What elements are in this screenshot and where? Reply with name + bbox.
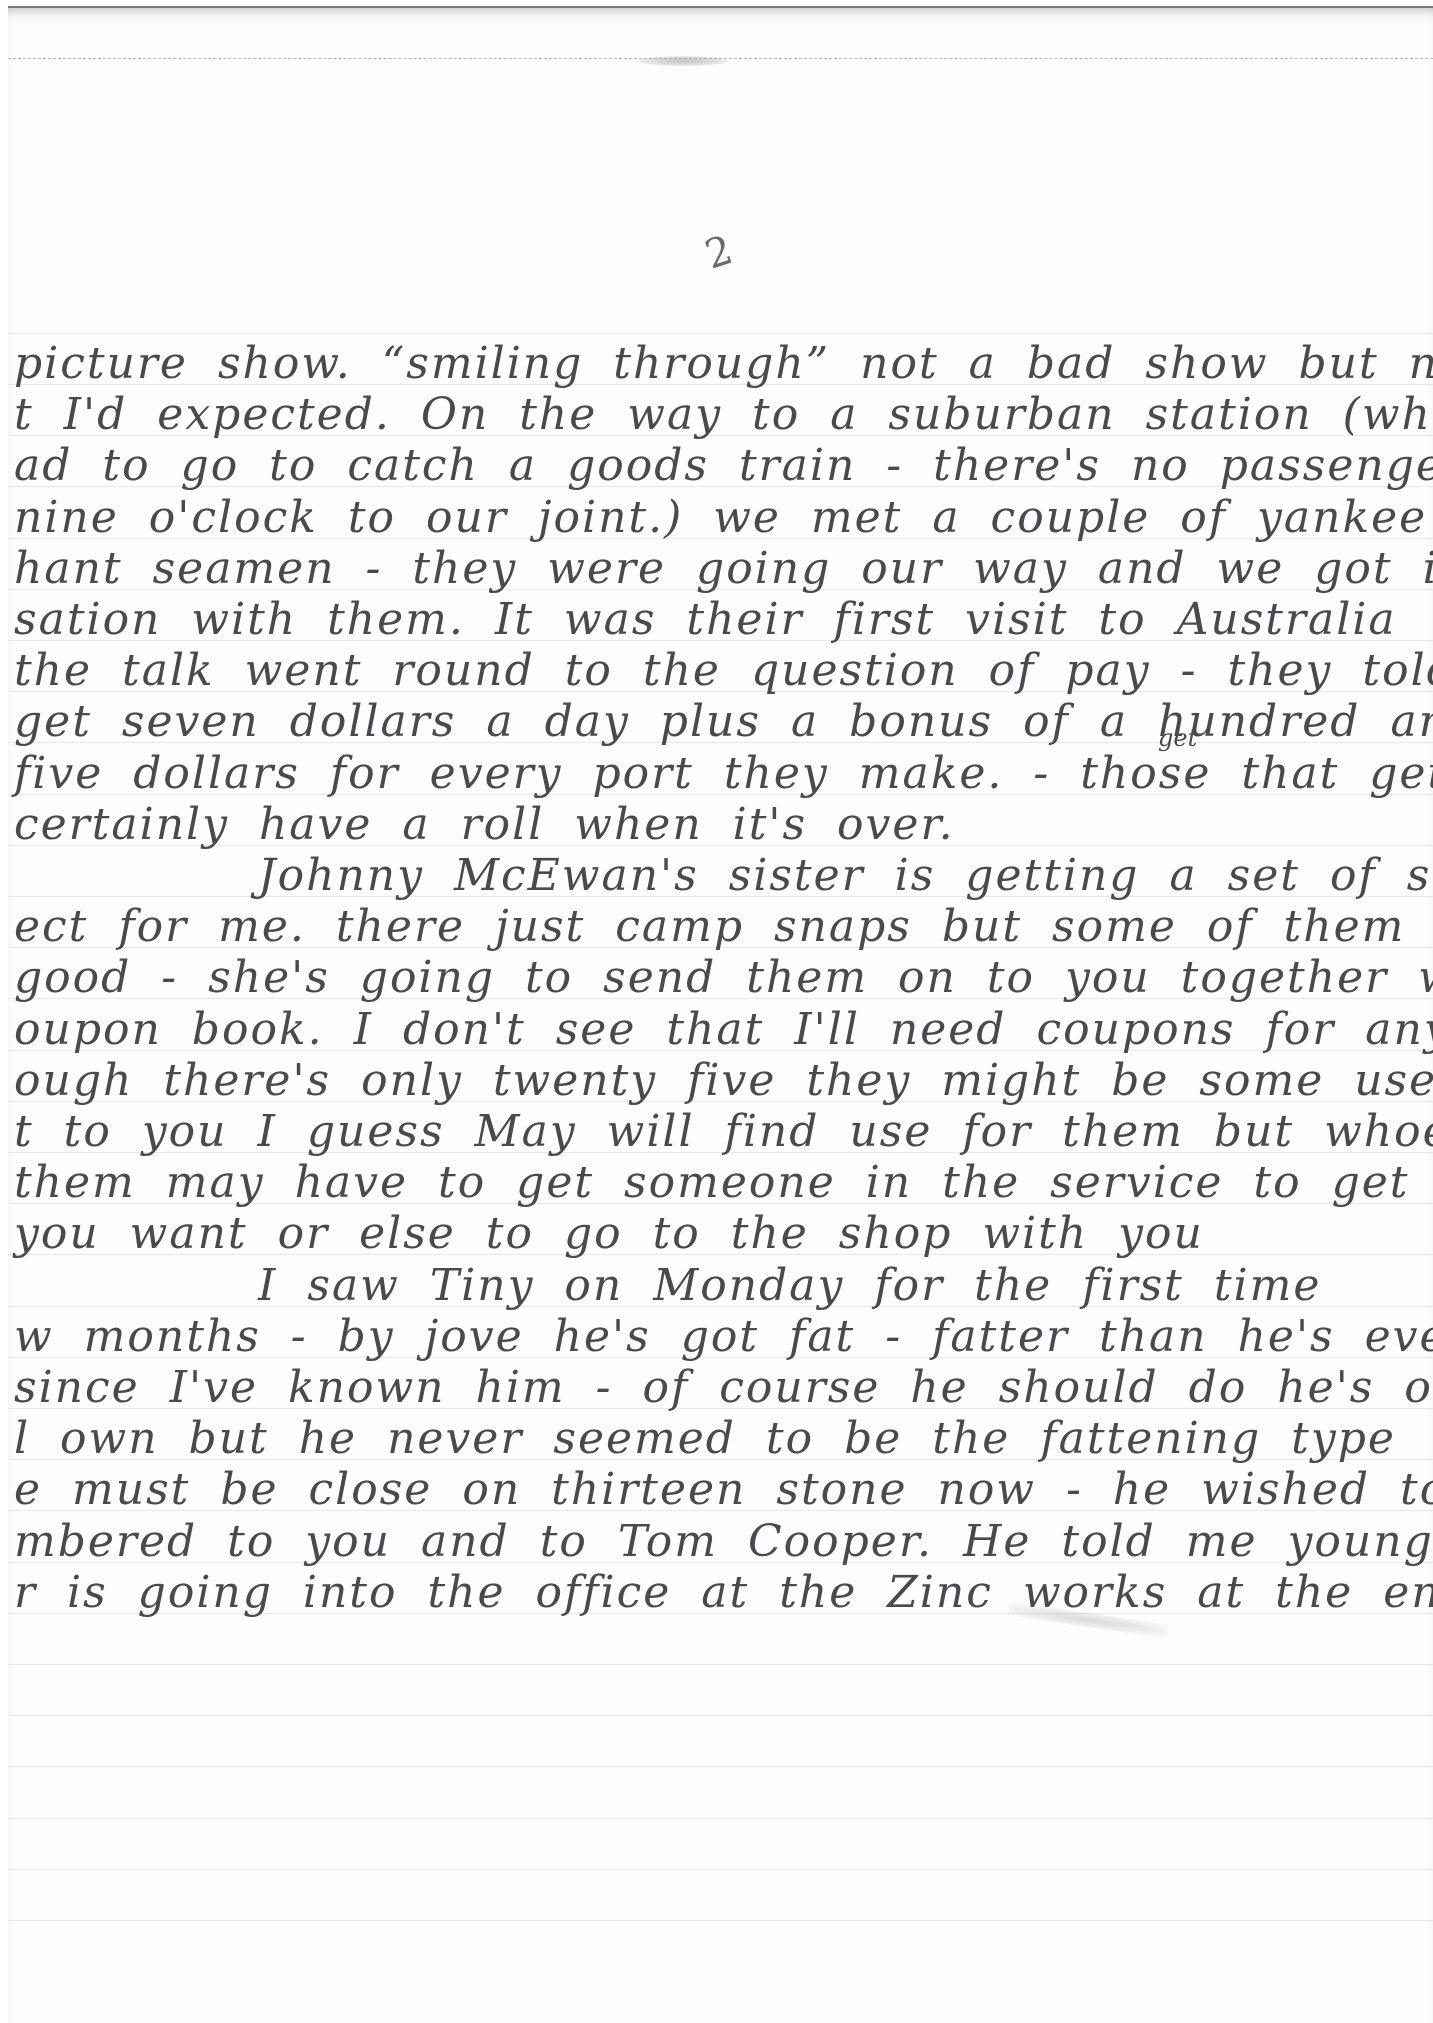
letter-line: ad to go to catch a goods train - there'…	[14, 440, 1433, 491]
letter-line: sation with them. It was their first vis…	[14, 594, 1397, 645]
letter-line: you want or else to go to the shop with …	[14, 1208, 1204, 1259]
letter-line: picture show. “smiling through” not a ba…	[14, 338, 1433, 389]
ruled-line	[8, 1818, 1433, 1819]
letter-line: them may have to get someone in the serv…	[14, 1157, 1409, 1208]
letter-line: oupon book. I don't see that I'll need c…	[14, 1004, 1433, 1055]
letter-line: hant seamen - they were going our way an…	[14, 543, 1433, 594]
ruled-line	[8, 1766, 1433, 1767]
letter-line: t I'd expected. On the way to a suburban…	[14, 389, 1433, 440]
letter-line: ect for me. there just camp snaps but so…	[14, 901, 1433, 952]
letter-line: five dollars for every port they make. -…	[14, 748, 1433, 799]
letter-line: good - she's going to send them on to yo…	[14, 952, 1433, 1003]
paper-smudge	[638, 56, 728, 66]
ruled-line	[8, 1920, 1433, 1921]
letter-line: t to you I guess May will find use for t…	[14, 1106, 1433, 1157]
letter-line: r is going into the office at the Zinc w…	[14, 1567, 1433, 1618]
letter-line: since I've known him - of course he shou…	[14, 1362, 1433, 1413]
letter-page: 2 picture show. “smiling through” not a …	[8, 6, 1433, 2023]
letter-line: w months - by jove he's got fat - fatter…	[14, 1311, 1433, 1362]
letter-line: nine o'clock to our joint.) we met a cou…	[14, 492, 1427, 543]
letter-line: mbered to you and to Tom Cooper. He told…	[14, 1516, 1433, 1567]
ruled-line	[8, 1715, 1433, 1716]
ruled-line	[8, 1869, 1433, 1870]
letter-line: Johnny McEwan's sister is getting a set …	[8, 850, 1433, 901]
page-number: 2	[683, 222, 752, 279]
letter-line: get seven dollars a day plus a bonus of …	[14, 696, 1433, 747]
letter-line: e must be close on thirteen stone now - …	[14, 1464, 1433, 1515]
letter-line: certainly have a roll when it's over.	[14, 799, 955, 850]
ruled-line	[8, 1664, 1433, 1665]
interlinear-insertion: get	[1158, 724, 1197, 752]
letter-line: ough there's only twenty five they might…	[14, 1055, 1433, 1106]
ruled-line	[8, 333, 1433, 334]
letter-line: I saw Tiny on Monday for the first time	[8, 1260, 1321, 1311]
letter-line: the talk went round to the question of p…	[14, 645, 1433, 696]
letter-line: l own but he never seemed to be the fatt…	[14, 1413, 1396, 1464]
